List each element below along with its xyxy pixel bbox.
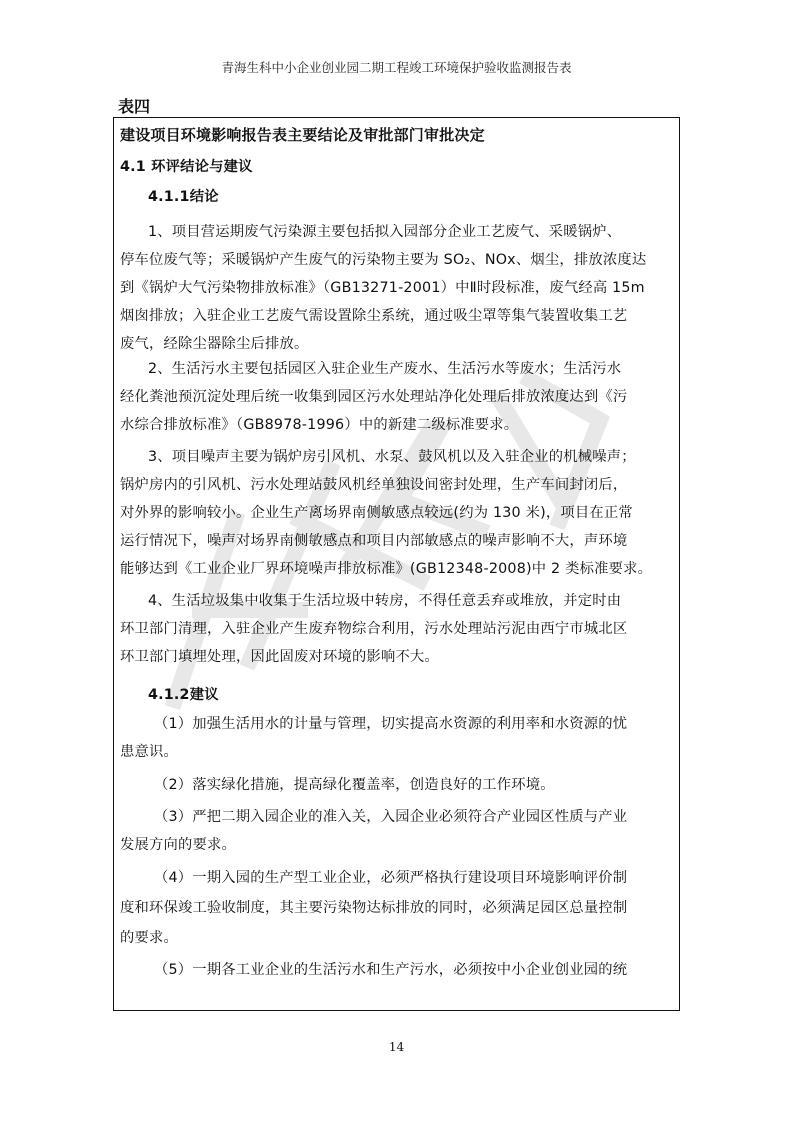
suggestion-line: （4）一期入园的生产型工业企业，必须严格执行建设项目环境影响评价制 — [154, 867, 627, 887]
conclusion-line: 1、项目营运期废气污染源主要包括拟入园部分企业工艺废气、采暖锅炉、 — [148, 221, 621, 241]
suggestion-line: 的要求。 — [120, 927, 178, 947]
suggestion-line: （3）严把二期入园企业的准入关，入园企业必须符合产业园区性质与产业 — [154, 806, 627, 826]
suggestion-line: （5）一期各工业企业的生活污水和生产污水，必须按中小企业创业园的统 — [154, 959, 627, 979]
conclusion-line: 环卫部门清理，入驻企业产生废弃物综合利用，污水处理站污泥由西宁市城北区 — [120, 618, 627, 638]
conclusion-line: 停车位废气等；采暖锅炉产生废气的污染物主要为 SO₂、NOx、烟尘，排放浓度达 — [120, 249, 646, 269]
page-header-title: 青海生科中小企业创业园二期工程竣工环境保护验收监测报告表 — [0, 58, 793, 76]
section-title: 建设项目环境影响报告表主要结论及审批部门审批决定 — [120, 124, 485, 145]
subsection-heading-4-1: 4.1 环评结论与建议 — [120, 156, 253, 176]
page-number: 14 — [0, 1040, 793, 1054]
conclusion-line: 2、生活污水主要包括园区入驻企业生产废水、生活污水等废水；生活污水 — [148, 358, 621, 378]
subsection-heading-4-1-2: 4.1.2建议 — [148, 684, 219, 704]
conclusion-line: 4、生活垃圾集中收集于生活垃圾中转房，不得任意丢弃或堆放，并定时由 — [148, 590, 621, 610]
suggestion-line: 发展方向的要求。 — [120, 834, 236, 854]
table-label: 表四 — [118, 94, 150, 117]
report-table-box: 建设项目环境影响报告表主要结论及审批部门审批决定 4.1 环评结论与建议 4.1… — [113, 117, 680, 1011]
suggestion-line: 度和环保竣工验收制度，其主要污染物达标排放的同时，必须满足园区总量控制 — [120, 897, 627, 917]
conclusion-line: 经化粪池预沉淀处理后统一收集到园区污水处理站净化处理后排放浓度达到《污 — [120, 386, 627, 406]
suggestion-line: 患意识。 — [120, 741, 178, 761]
conclusion-line: 废气，经除尘器除尘后排放。 — [120, 333, 308, 353]
conclusion-line: 环卫部门填埋处理，因此固废对环境的影响不大。 — [120, 646, 439, 666]
suggestion-line: （2）落实绿化措施，提高绿化覆盖率，创造良好的工作环境。 — [154, 774, 555, 794]
conclusion-line: 锅炉房内的引风机、污水处理站鼓风机经单独设间密封处理，生产车间封闭后， — [120, 474, 627, 494]
conclusion-line: 能够达到《工业企业厂界环境噪声排放标准》(GB12348-2008)中 2 类标… — [120, 558, 652, 578]
conclusion-line: 对外界的影响较小。企业生产离场界南侧敏感点较远(约为 130 米)，项目在正常 — [120, 502, 633, 522]
conclusion-line: 运行情况下，噪声对场界南侧敏感点和项目内部敏感点的噪声影响不大，声环境 — [120, 530, 627, 550]
conclusion-line: 3、项目噪声主要为锅炉房引风机、水泵、鼓风机以及入驻企业的机械噪声； — [148, 446, 636, 466]
conclusion-line: 水综合排放标准》（GB8978-1996）中的新建二级标准要求。 — [120, 414, 518, 434]
suggestion-line: （1）加强生活用水的计量与管理，切实提高水资源的利用率和水资源的忧 — [154, 713, 627, 733]
conclusion-line: 到《锅炉大气污染物排放标准》（GB13271-2001）中Ⅱ时段标准，废气经高 … — [120, 277, 645, 297]
conclusion-line: 烟囱排放；入驻企业工艺废气需设置除尘系统，通过吸尘罩等集气装置收集工艺 — [120, 305, 627, 325]
subsection-heading-4-1-1: 4.1.1结论 — [148, 186, 219, 206]
